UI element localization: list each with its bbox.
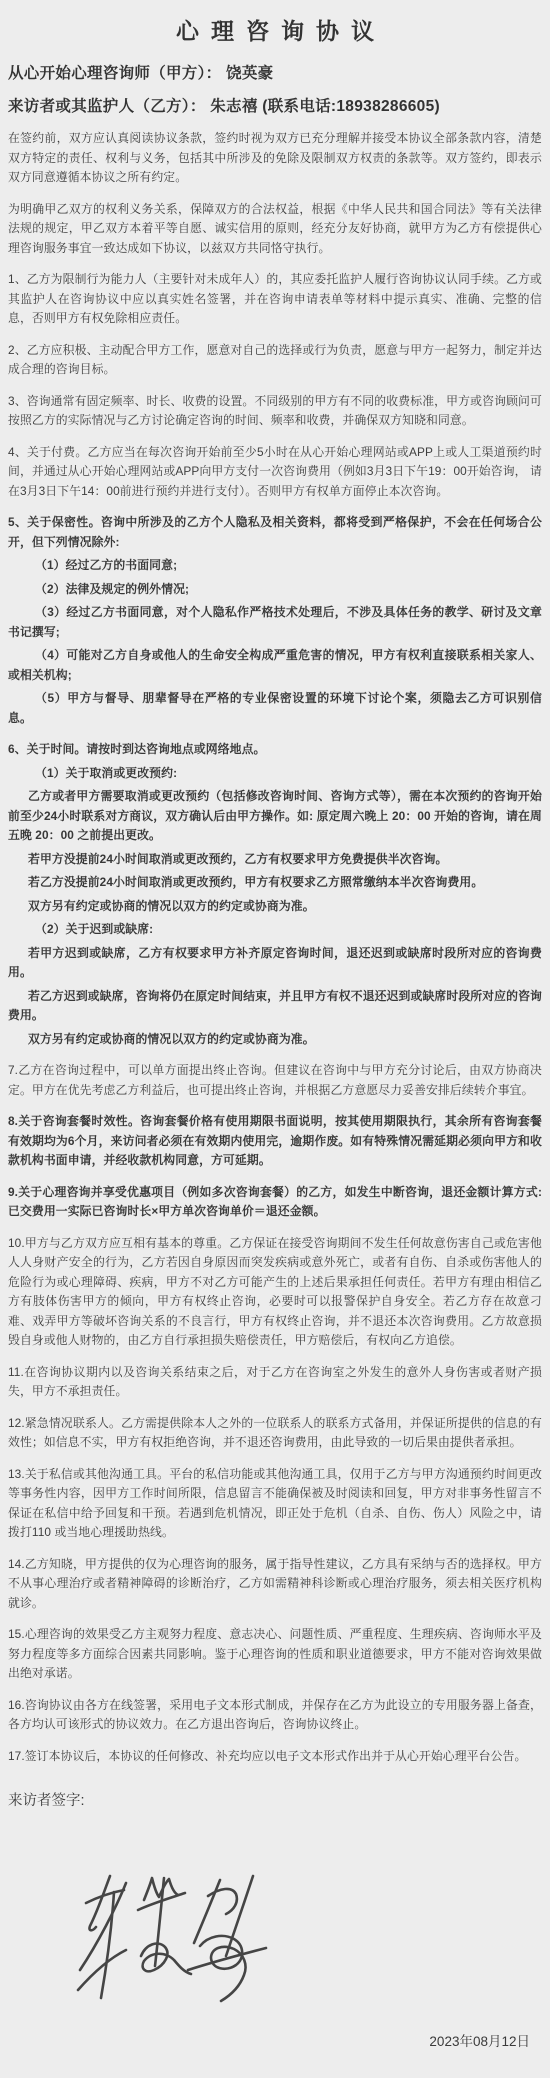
party-b-line: 来访者或其监护人（乙方）： 朱志禧 (联系电话:18938286605) — [8, 96, 542, 117]
agreement-paragraph: 5、关于保密性。咨询中所涉及的乙方个人隐私及相关资料，都将受到严格保护，不会在任… — [8, 513, 542, 552]
agreement-paragraph: 11.在咨询协议期内以及咨询关系结束之后，对于乙方在咨询室之外发生的意外人身伤害… — [8, 1363, 542, 1402]
agreement-document: 心理咨询协议 从心开始心理咨询师（甲方）： 饶英豪 来访者或其监护人（乙方）： … — [0, 0, 550, 2051]
agreement-paragraph: 9.关于心理咨询并享受优惠项目（例如多次咨询套餐）的乙方，如发生中断咨询，退还金… — [8, 1183, 542, 1222]
agreement-paragraph: 14.乙方知晓，甲方提供的仅为心理咨询的服务，属于指导性建议，乙方具有采纳与否的… — [8, 1555, 542, 1614]
agreement-paragraph: 为明确甲乙双方的权利义务关系，保障双方的合法权益，根据《中华人民共和国合同法》等… — [8, 200, 542, 259]
agreement-paragraph: （5）甲方与督导、朋辈督导在严格的专业保密设置的环境下讨论个案，须隐去乙方可识别… — [8, 689, 542, 728]
agreement-paragraph: 4、关于付费。乙方应当在每次咨询开始前至少5小时在从心开始心理网站或APP上或人… — [8, 443, 542, 502]
agreement-paragraph: 若甲方没提前24小时间取消或更改预约，乙方有权要求甲方免费提供半次咨询。 — [8, 850, 542, 870]
agreement-paragraph: 若乙方迟到或缺席，咨询将仍在原定时间结束，并且甲方有权不退还迟到或缺席时段所对应… — [8, 987, 542, 1026]
agreement-paragraph: 1、乙方为限制行为能力人（主要针对未成年人）的，其应委托监护人履行咨询协议认同手… — [8, 270, 542, 329]
agreement-paragraph: 16.咨询协议由各方在线签署，采用电子文本形式制成，并保存在乙方为此设立的专用服… — [8, 1696, 542, 1735]
agreement-paragraph: 13.关于私信或其他沟通工具。平台的私信功能或其他沟通工具，仅用于乙方与甲方沟通… — [8, 1465, 542, 1543]
handwritten-signature-icon — [48, 1848, 278, 2018]
agreement-body: 在签约前，双方应认真阅读协议条款，签约时视为双方已充分理解并接受本协议全部条款内… — [8, 129, 542, 1766]
agreement-paragraph: 7.乙方在咨询过程中，可以单方面提出终止咨询。但建议在咨询中与甲方充分讨论后，由… — [8, 1061, 542, 1100]
agreement-paragraph: 15.心理咨询的效果受乙方主观努力程度、意志决心、问题性质、严重程度、生理疾病、… — [8, 1625, 542, 1684]
signature-date: 2023年08月12日 — [8, 2033, 542, 2051]
agreement-paragraph: 双方另有约定或协商的情况以双方的约定或协商为准。 — [8, 897, 542, 917]
agreement-paragraph: 3、咨询通常有固定频率、时长、收费的设置。不同级别的甲方有不同的收费标准，甲方或… — [8, 392, 542, 431]
party-a-line: 从心开始心理咨询师（甲方）： 饶英豪 — [8, 63, 542, 84]
agreement-paragraph: 12.紧急情况联系人。乙方需提供除本人之外的一位联系人的联系方式备用，并保证所提… — [8, 1414, 542, 1453]
agreement-paragraph: 6、关于时间。请按时到达咨询地点或网络地点。 — [8, 740, 542, 760]
agreement-paragraph: （2）法律及规定的例外情况; — [8, 580, 542, 600]
agreement-paragraph: （2）关于迟到或缺席: — [8, 920, 542, 940]
agreement-paragraph: 乙方或者甲方需要取消或更改预约（包括修改咨询时间、咨询方式等），需在本次预约的咨… — [8, 787, 542, 846]
agreement-paragraph: 10.甲方与乙方双方应互相有基本的尊重。乙方保证在接受咨询期间不发生任何故意伤害… — [8, 1234, 542, 1351]
agreement-paragraph: 17.签订本协议后，本协议的任何修改、补充均应以电子文本形式作出并于从心开始心理… — [8, 1747, 542, 1767]
agreement-paragraph: （1）经过乙方的书面同意; — [8, 556, 542, 576]
agreement-paragraph: （1）关于取消或更改预约: — [8, 764, 542, 784]
document-title: 心理咨询协议 — [8, 16, 542, 46]
signature-label: 来访者签字: — [8, 1791, 542, 1811]
agreement-paragraph: 8.关于咨询套餐时效性。咨询套餐价格有使用期限书面说明，按其使用期限执行，其余所… — [8, 1112, 542, 1171]
agreement-paragraph: 若甲方迟到或缺席，乙方有权要求甲方补齐原定咨询时间，退还迟到或缺席时段所对应的咨… — [8, 944, 542, 983]
agreement-paragraph: （3）经过乙方书面同意，对个人隐私作严格技术处理后，不涉及具体任务的教学、研讨及… — [8, 603, 542, 642]
agreement-paragraph: 2、乙方应积极、主动配合甲方工作，愿意对自己的选择或行为负责，愿意与甲方一起努力… — [8, 341, 542, 380]
agreement-paragraph: 在签约前，双方应认真阅读协议条款，签约时视为双方已充分理解并接受本协议全部条款内… — [8, 129, 542, 188]
agreement-paragraph: 若乙方没提前24小时间取消或更改预约，甲方有权要求乙方照常缴纳本半次咨询费用。 — [8, 873, 542, 893]
agreement-paragraph: （4）可能对乙方自身或他人的生命安全构成严重危害的情况，甲方有权利直接联系相关家… — [8, 646, 542, 685]
agreement-paragraph: 双方另有约定或协商的情况以双方的约定或协商为准。 — [8, 1030, 542, 1050]
visitor-signature — [48, 1848, 278, 2018]
